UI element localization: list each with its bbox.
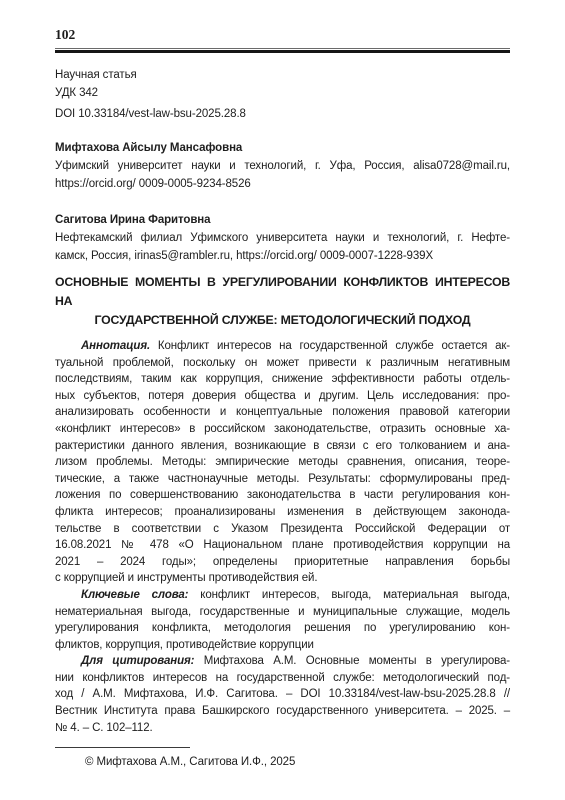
article-type-label: Научная статья [55, 66, 510, 84]
paragraph-keywords: Ключевые слова: конфликт интересов, выго… [55, 587, 510, 653]
title-line: ГОСУДАРСТВЕННОЙ СЛУЖБЕ: МЕТОДОЛОГИЧЕСКИЙ… [55, 311, 510, 330]
footnote-rule [55, 747, 190, 748]
text-line: урегулирования конфликта, методология ре… [55, 620, 510, 637]
text-line: Вестник Института права Башкирского госу… [55, 703, 510, 720]
paragraph-lead: Аннотация. [81, 340, 150, 352]
article-page: 102 Научная статья УДК 342 DOI 10.33184/… [0, 0, 565, 800]
text-line: тические, а также частнонаучные методы. … [55, 471, 510, 488]
article-meta: Научная статья УДК 342 DOI 10.33184/vest… [55, 66, 510, 123]
text-line: № 4. – С. 102–112. [55, 720, 510, 737]
authors-section: Мифтахова Айсылу МансафовнаУфимский унив… [55, 139, 510, 265]
affiliation-line: https://orcid.org/ 0009-0005-9234-8526 [55, 175, 510, 193]
doi-label: DOI 10.33184/vest-law-bsu-2025.28.8 [55, 105, 510, 123]
text-line: рактеристики данного явления, возникающи… [55, 438, 510, 455]
affiliation-line: Уфимский университет науки и технологий,… [55, 157, 510, 175]
header-rule [55, 48, 510, 53]
paragraph-lead: Ключевые слова: [81, 589, 188, 601]
author-name: Сагитова Ирина Фаритовна [55, 211, 510, 229]
author-block: Сагитова Ирина ФаритовнаНефтекамский фил… [55, 211, 510, 265]
text-line: нематериальная выгода, государственные и… [55, 604, 510, 621]
text-line: Аннотация. Конфликт интересов на государ… [55, 338, 510, 355]
author-name: Мифтахова Айсылу Мансафовна [55, 139, 510, 157]
udc-label: УДК 342 [55, 84, 510, 102]
text-line: Для цитирования: Мифтахова А.М. Основные… [55, 653, 510, 670]
text-line: 16.08.2021 № 478 «О Национальном плане п… [55, 537, 510, 554]
text-line: лизом проблемы. Методы: эмпирические мет… [55, 454, 510, 471]
text-line: ложения по совершенствованию законодател… [55, 487, 510, 504]
article-title: ОСНОВНЫЕ МОМЕНТЫ В УРЕГУЛИРОВАНИИ КОНФЛИ… [55, 273, 510, 330]
text-line: ход / А.М. Мифтахова, И.Ф. Сагитова. – D… [55, 686, 510, 703]
text-line: 2021 – 2024 годы»; определены приоритетн… [55, 554, 510, 571]
text-line: фликта интересов; проанализированы измен… [55, 504, 510, 521]
title-line: ОСНОВНЫЕ МОМЕНТЫ В УРЕГУЛИРОВАНИИ КОНФЛИ… [55, 273, 510, 311]
text-line: анализировать особенности и концептуальн… [55, 404, 510, 421]
paragraph-lead: Для цитирования: [81, 655, 194, 667]
text-line: «конфликт интересов» в российском законо… [55, 421, 510, 438]
copyright-line: © Мифтахова А.М., Сагитова И.Ф., 2025 [55, 754, 510, 770]
text-line: с коррупцией и инструменты противодейств… [55, 570, 510, 587]
body-paragraphs: Аннотация. Конфликт интересов на государ… [55, 338, 510, 736]
paragraph-abstract: Аннотация. Конфликт интересов на государ… [55, 338, 510, 587]
text-line: нии конфликтов интересов на государствен… [55, 670, 510, 687]
text-line: туальной проблемой, поскольку он может п… [55, 355, 510, 372]
page-number: 102 [55, 26, 510, 44]
text-line: фликтов, коррупция, противодействие корр… [55, 637, 510, 654]
text-line: ных субъектов, потеря доверия общества и… [55, 388, 510, 405]
author-block: Мифтахова Айсылу МансафовнаУфимский унив… [55, 139, 510, 193]
affiliation-line: камск, Россия, irinas5@rambler.ru, https… [55, 247, 510, 265]
paragraph-citation: Для цитирования: Мифтахова А.М. Основные… [55, 653, 510, 736]
affiliation-line: Нефтекамский филиал Уфимского университе… [55, 229, 510, 247]
text-line: тельстве в соответствии с Указом Президе… [55, 521, 510, 538]
text-line: Ключевые слова: конфликт интересов, выго… [55, 587, 510, 604]
text-line: последствиям, таким как коррупция, сниже… [55, 371, 510, 388]
